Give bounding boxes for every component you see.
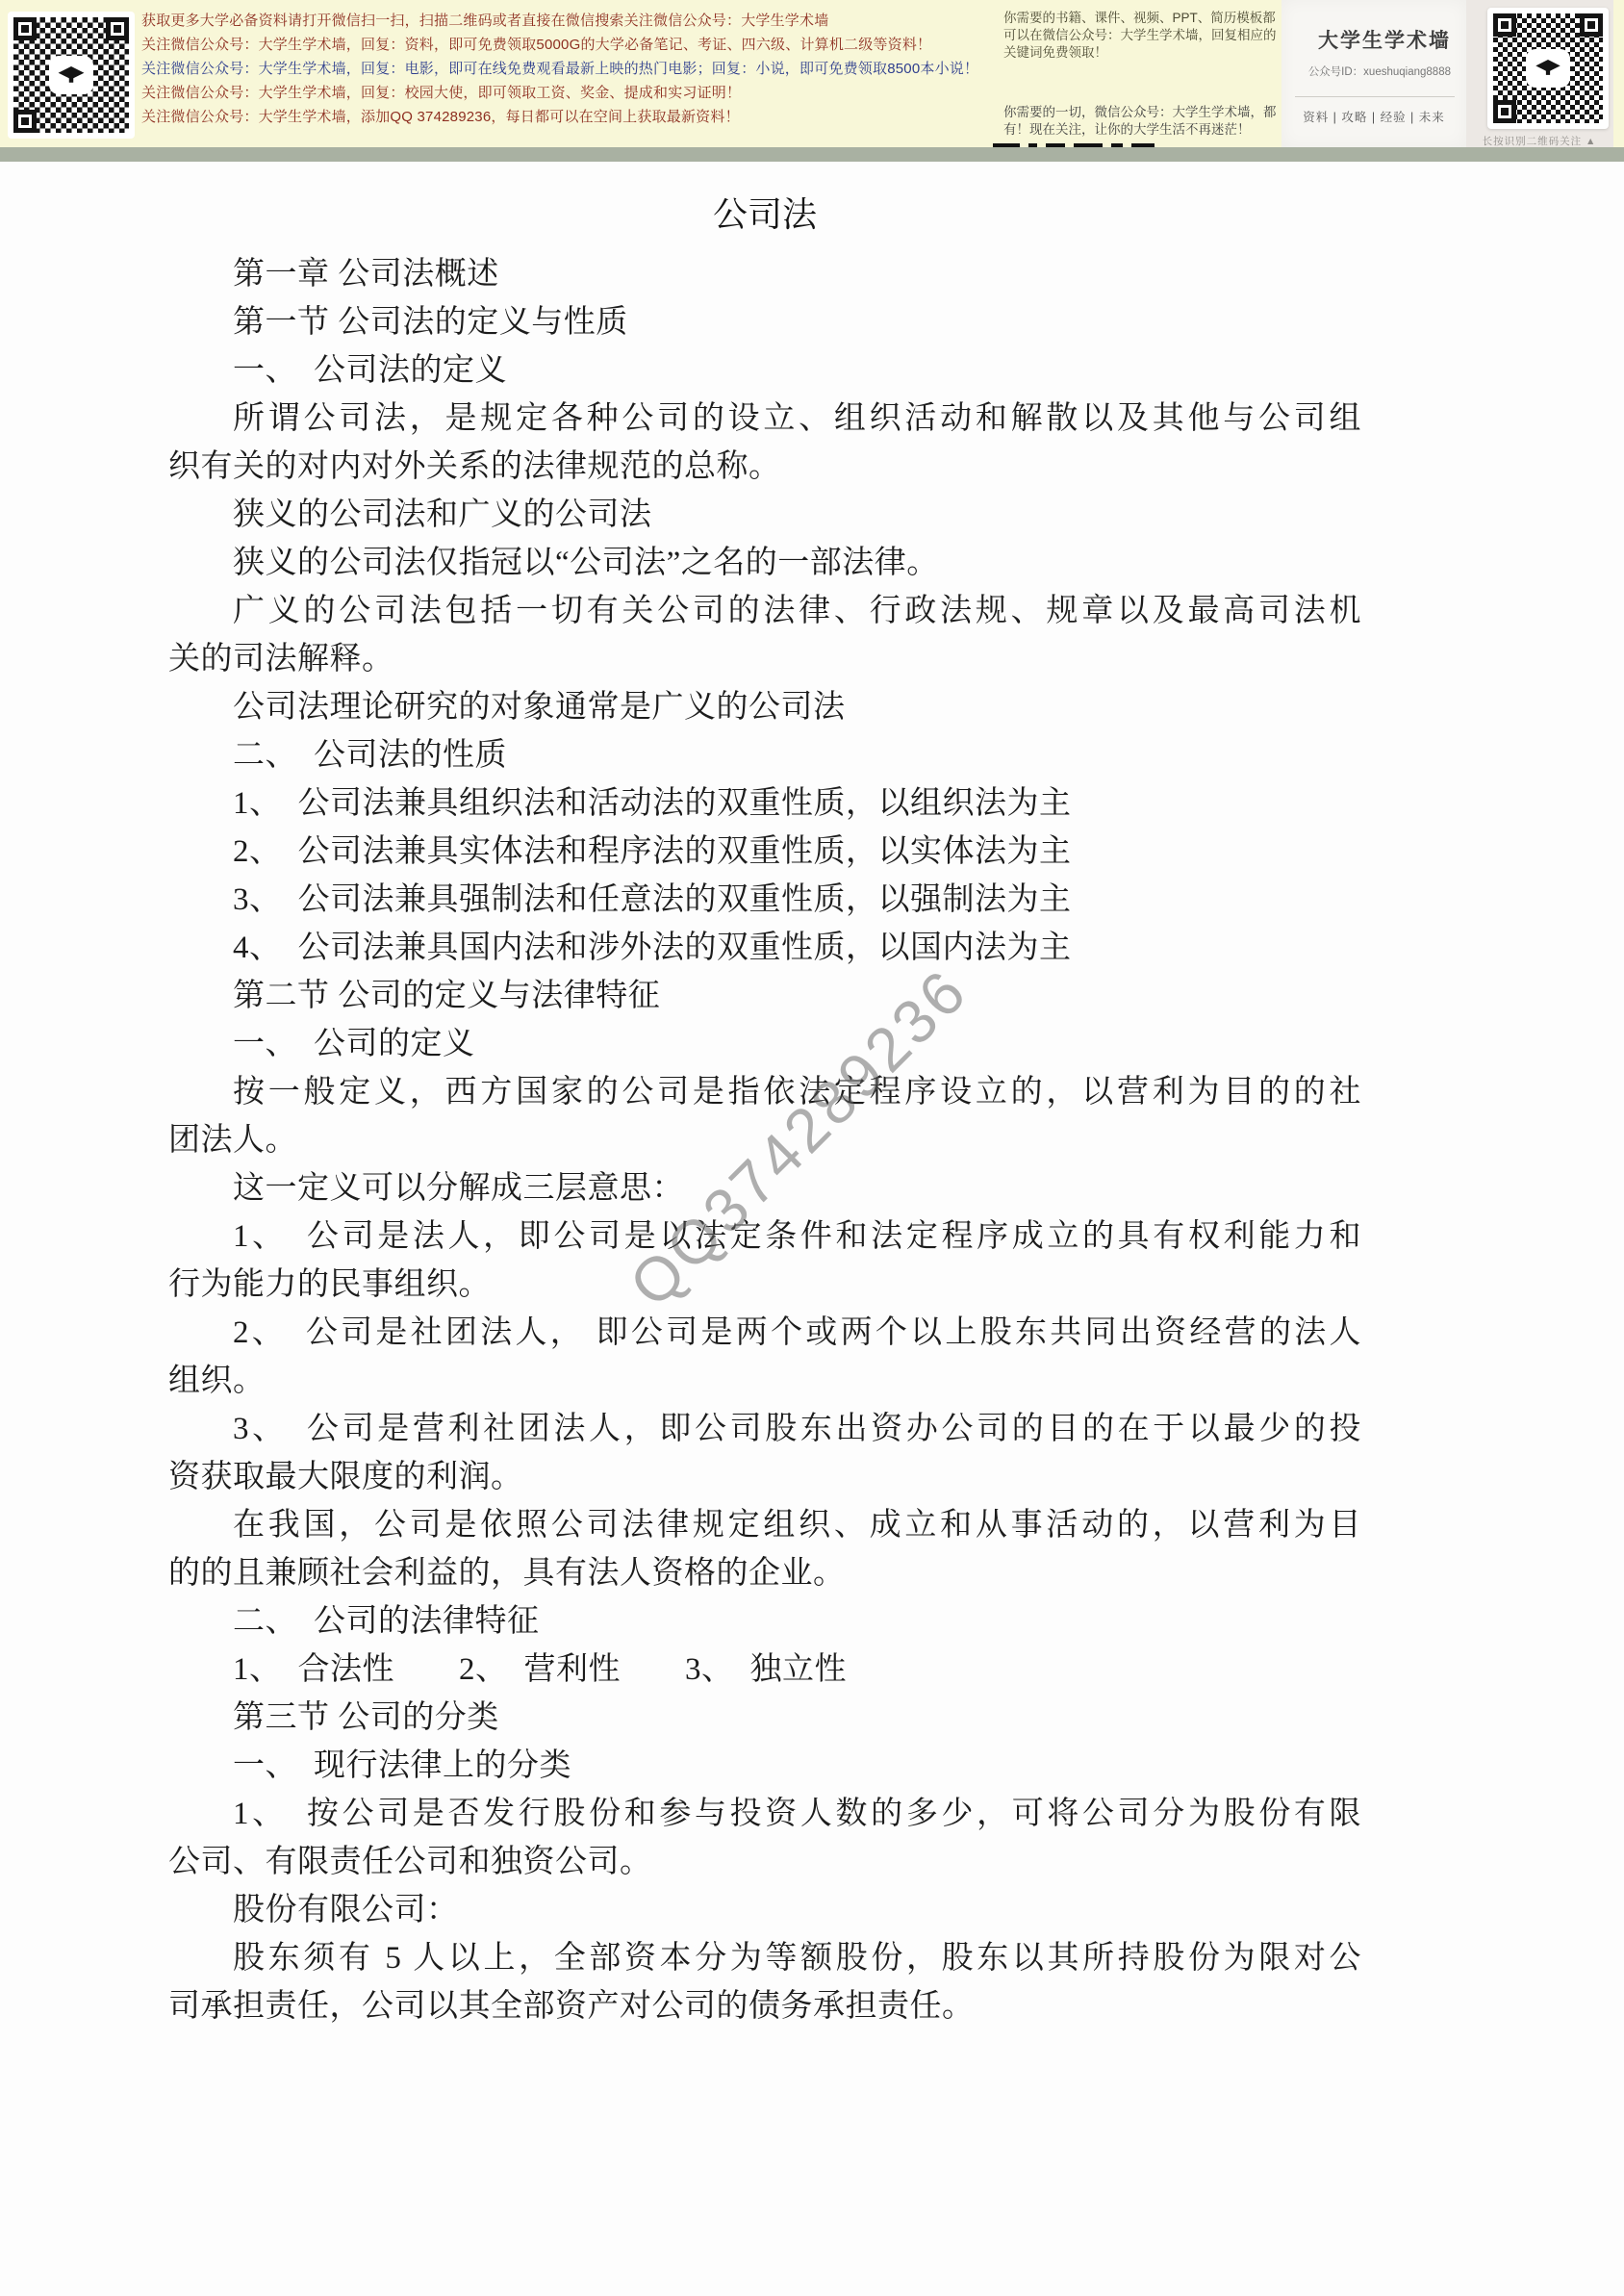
- qr-finder-icon: [13, 17, 37, 40]
- text-line: 2、 公司是社团法人， 即公司是两个或两个以上股东共同出资经营的法人: [168, 1309, 1361, 1357]
- text-line: 这一定义可以分解成三层意思：: [168, 1164, 1361, 1212]
- text-line: 织有关的对内对外关系的法律规范的总称。: [168, 443, 1361, 491]
- text-line: 行为能力的民事组织。: [168, 1261, 1361, 1309]
- text-line: 按一般定义，西方国家的公司是指依法定程序设立的，以营利为目的的社: [168, 1068, 1361, 1116]
- promo-text-block: 获取更多大学必备资料请打开微信扫一扫，扫描二维码或者直接在微信搜索关注微信公众号…: [141, 9, 998, 129]
- text-line: 狭义的公司法仅指冠以“公司法”之名的一部法律。: [168, 539, 1361, 587]
- document-body: 第一章 公司法概述第一节 公司法的定义与性质一、 公司法的定义所谓公司法，是规定…: [168, 250, 1361, 2030]
- text-line: 第三节 公司的分类: [168, 1694, 1361, 1742]
- account-name: 大学生学术墙: [1318, 25, 1451, 54]
- promo-banner: 获取更多大学必备资料请打开微信扫一扫，扫描二维码或者直接在微信搜索关注微信公众号…: [0, 0, 1624, 162]
- text-line: 公司法理论研究的对象通常是广义的公司法: [168, 683, 1361, 731]
- text-line: 一、 公司法的定义: [168, 346, 1361, 395]
- text-line: 第二节 公司的定义与法律特征: [168, 972, 1361, 1020]
- text-line: 公司、有限责任公司和独资公司。: [168, 1838, 1361, 1886]
- promo-line: 关注微信公众号：大学生学术墙，回复：校园大使，即可领取工资、奖金、提成和实习证明…: [141, 81, 998, 105]
- text-line: 股份有限公司：: [168, 1886, 1361, 1934]
- promo-line: 关注微信公众号：大学生学术墙，回复：资料，即可免费领取5000G的大学必备笔记、…: [141, 33, 998, 57]
- document-content: 公司法 第一章 公司法概述第一节 公司法的定义与性质一、 公司法的定义所谓公司法…: [168, 162, 1361, 2030]
- account-id: 公众号ID：xueshuqiang8888: [1308, 64, 1451, 79]
- text-line: 资获取最大限度的利润。: [168, 1453, 1361, 1501]
- text-line: 一、 公司的定义: [168, 1020, 1361, 1068]
- promo-line: 关注微信公众号：大学生学术墙，添加QQ 374289236，每日都可以在空间上获…: [141, 105, 998, 129]
- notice-top: 你需要的书籍、课件、视频、PPT、简历模板都可以在微信公众号：大学生学术墙，回复…: [1003, 10, 1281, 62]
- text-line: 1、 公司是法人，即公司是以法定条件和法定程序成立的具有权利能力和: [168, 1212, 1361, 1261]
- text-line: 股东须有 5 人以上，全部资本分为等额股份，股东以其所持股份为限对公: [168, 1934, 1361, 1982]
- text-line: 第一节 公司法的定义与性质: [168, 298, 1361, 346]
- text-line: 4、 公司法兼具国内法和涉外法的双重性质，以国内法为主: [168, 924, 1361, 972]
- text-line: 团法人。: [168, 1116, 1361, 1164]
- account-card: 大学生学术墙 公众号ID：xueshuqiang8888 资料 | 攻略 | 经…: [1281, 0, 1466, 147]
- promo-line: 关注微信公众号：大学生学术墙，回复：电影，即可在线免费观看最新上映的热门电影；回…: [141, 57, 998, 81]
- graduation-cap-icon: [1528, 51, 1568, 86]
- text-line: 二、 公司法的性质: [168, 731, 1361, 779]
- text-line: 第一章 公司法概述: [168, 250, 1361, 298]
- account-qr-code: [1487, 8, 1609, 129]
- graduation-cap-icon: [51, 58, 91, 92]
- text-line: 司承担责任，公司以其全部资产对公司的债务承担责任。: [168, 1982, 1361, 2030]
- qr-finder-icon: [1493, 100, 1516, 123]
- text-line: 二、 公司的法律特征: [168, 1597, 1361, 1645]
- qr-finder-icon: [13, 110, 37, 133]
- promo-line: 获取更多大学必备资料请打开微信扫一扫，扫描二维码或者直接在微信搜索关注微信公众号…: [141, 9, 998, 33]
- banner-bottom-band: [0, 147, 1624, 162]
- qr-caption: 长按识别二维码关注 ▲: [1459, 134, 1620, 148]
- notice-bottom: 你需要的一切，微信公众号：大学生学术墙，都有！现在关注，让你的大学生活不再迷茫！: [1003, 104, 1281, 139]
- text-line: 2、 公司法兼具实体法和程序法的双重性质，以实体法为主: [168, 828, 1361, 876]
- page-title: 公司法: [168, 192, 1361, 237]
- text-line: 1、 公司法兼具组织法和活动法的双重性质，以组织法为主: [168, 779, 1361, 828]
- text-line: 关的司法解释。: [168, 635, 1361, 683]
- text-line: 1、 合法性 2、 营利性 3、 独立性: [168, 1645, 1361, 1694]
- document-page: 获取更多大学必备资料请打开微信扫一扫，扫描二维码或者直接在微信搜索关注微信公众号…: [0, 0, 1624, 2296]
- qr-finder-icon: [106, 17, 129, 40]
- text-line: 1、 按公司是否发行股份和参与投资人数的多少，可将公司分为股份有限: [168, 1790, 1361, 1838]
- text-line: 的的且兼顾社会利益的，具有法人资格的企业。: [168, 1549, 1361, 1597]
- text-line: 狭义的公司法和广义的公司法: [168, 491, 1361, 539]
- account-menu: 资料 | 攻略 | 经验 | 未来: [1281, 108, 1466, 125]
- text-line: 3、 公司法兼具强制法和任意法的双重性质，以强制法为主: [168, 876, 1361, 924]
- banner-edge-strip: [1613, 0, 1624, 147]
- text-line: 所谓公司法，是规定各种公司的设立、组织活动和解散以及其他与公司组: [168, 395, 1361, 443]
- wechat-qr-code: [8, 12, 135, 139]
- text-line: 3、 公司是营利社团法人，即公司股东出资办公司的目的在于以最少的投: [168, 1405, 1361, 1453]
- text-line: 在我国，公司是依照公司法律规定组织、成立和从事活动的，以营利为目: [168, 1501, 1361, 1549]
- card-divider: [1295, 96, 1455, 97]
- text-line: 广义的公司法包括一切有关公司的法律、行政法规、规章以及最高司法机: [168, 587, 1361, 635]
- text-line: 组织。: [168, 1357, 1361, 1405]
- text-line: 一、 现行法律上的分类: [168, 1742, 1361, 1790]
- qr-finder-icon: [1493, 13, 1516, 37]
- qr-finder-icon: [1580, 13, 1603, 37]
